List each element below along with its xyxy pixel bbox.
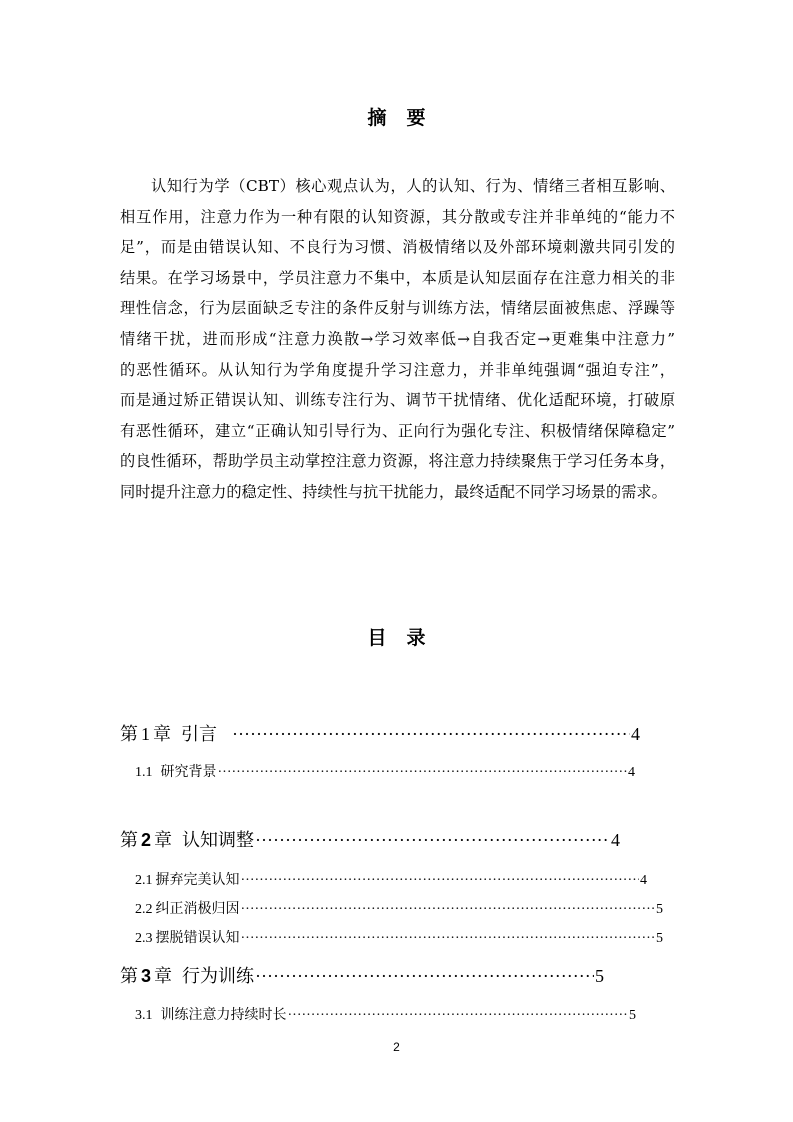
chapter-suffix: 章 xyxy=(153,724,171,745)
section-title: 摆脱错误认知 xyxy=(156,930,240,946)
chapter-number: 2 xyxy=(138,830,154,850)
toc-entry-label: 2.2纠正消极归因 xyxy=(135,899,240,920)
toc-entry-section-3-1[interactable]: 3.1训练注意力持续时长 ···························… xyxy=(135,1005,636,1025)
toc-heading-char-2: 录 xyxy=(407,627,426,649)
toc-entry-section-2-1[interactable]: 2.1摒弃完美认知 ······························… xyxy=(135,870,647,890)
toc-entry-label: 3.1训练注意力持续时长 xyxy=(135,1005,287,1026)
section-number: 2.1 xyxy=(135,873,153,888)
chapter-prefix: 第 xyxy=(120,830,138,851)
toc-dot-leader: ········································… xyxy=(255,828,610,852)
toc-dot-leader: ········································… xyxy=(255,964,594,988)
section-title: 摒弃完美认知 xyxy=(156,872,240,888)
toc-entry-label: 2.3摆脱错误认知 xyxy=(135,928,240,949)
toc-page-number: 4 xyxy=(640,871,647,891)
toc-page-number: 5 xyxy=(656,900,663,920)
toc-page-number: 5 xyxy=(656,929,663,949)
abstract-line: 认知行为学（CBT）核心观点认为，人的认知、行为、情绪三者相互影响、 xyxy=(120,171,675,202)
abstract-line: 相互作用，注意力作为一种有限的认知资源，其分散或专注并非单纯的“能力不 xyxy=(120,202,675,233)
section-number: 3.1 xyxy=(135,1008,153,1023)
section-number: 2.2 xyxy=(135,902,153,917)
toc-dot-leader: ········································… xyxy=(218,763,628,783)
section-title: 研究背景 xyxy=(161,764,217,780)
abstract-line: 同时提升注意力的稳定性、持续性与抗干扰能力，最终适配不同学习场景的需求。 xyxy=(120,477,675,508)
toc-entry-chapter-3[interactable]: 第3章行为训练 ································… xyxy=(120,964,604,988)
toc-dot-leader: ········································… xyxy=(241,871,640,891)
chapter-number: 3 xyxy=(138,966,154,986)
toc-entry-section-2-3[interactable]: 2.3摆脱错误认知 ······························… xyxy=(135,928,663,948)
abstract-line: 的良性循环，帮助学员主动掌控注意力资源，将注意力持续聚焦于学习任务本身， xyxy=(120,446,675,477)
abstract-body: 认知行为学（CBT）核心观点认为，人的认知、行为、情绪三者相互影响、 相互作用，… xyxy=(120,171,675,508)
toc-dot-leader: ········································… xyxy=(241,929,656,949)
chapter-title: 引言 xyxy=(181,724,217,745)
document-page: 摘要 认知行为学（CBT）核心观点认为，人的认知、行为、情绪三者相互影响、 相互… xyxy=(0,0,793,1122)
toc-dot-leader: ········································… xyxy=(288,1006,629,1026)
chapter-number: 1 xyxy=(138,724,153,744)
section-number: 1.1 xyxy=(135,765,153,780)
toc-page-number: 5 xyxy=(629,1006,636,1026)
abstract-heading-char-2: 要 xyxy=(407,107,426,129)
section-number: 2.3 xyxy=(135,931,153,946)
abstract-line: 足”，而是由错误认知、不良行为习惯、消极情绪以及外部环境刺激共同引发的 xyxy=(120,232,675,263)
toc-heading: 目录 xyxy=(0,626,793,650)
toc-page-number: 4 xyxy=(611,828,620,852)
toc-page-number: 5 xyxy=(595,964,604,988)
chapter-title: 认知调整 xyxy=(182,830,254,851)
chapter-prefix: 第 xyxy=(120,724,138,745)
toc-entry-label: 第2章认知调整 xyxy=(120,828,254,853)
toc-dot-leader: ········································… xyxy=(232,722,630,746)
abstract-line: 结果。在学习场景中，学员注意力不集中，本质是认知层面存在注意力相关的非 xyxy=(120,263,675,294)
toc-dot-leader: ········································… xyxy=(241,900,656,920)
abstract-line: 有恶性循环，建立“正确认知引导行为、正向行为强化专注、积极情绪保障稳定” xyxy=(120,416,675,447)
toc-entry-label: 1.1研究背景 xyxy=(135,762,217,783)
toc-entry-label: 2.1摒弃完美认知 xyxy=(135,870,240,891)
toc-heading-char-1: 目 xyxy=(367,627,386,649)
toc-page-number: 4 xyxy=(628,763,635,783)
chapter-suffix: 章 xyxy=(154,966,172,987)
page-number: 2 xyxy=(0,1040,793,1054)
section-title: 训练注意力持续时长 xyxy=(161,1007,287,1023)
abstract-line: 理性信念，行为层面缺乏专注的条件反射与训练方法，情绪层面被焦虑、浮躁等 xyxy=(120,293,675,324)
section-title: 纠正消极归因 xyxy=(156,901,240,917)
toc-page-number: 4 xyxy=(631,722,640,746)
toc-entry-section-2-2[interactable]: 2.2纠正消极归因 ······························… xyxy=(135,899,663,919)
abstract-heading-char-1: 摘 xyxy=(367,107,386,129)
toc-entry-label: 第1章引言 xyxy=(120,722,231,747)
toc-entry-chapter-1[interactable]: 第1章引言 ··································… xyxy=(120,722,640,746)
abstract-line: 情绪干扰，进而形成“注意力涣散→学习效率低→自我否定→更难集中注意力” xyxy=(120,324,675,355)
toc-entry-section-1-1[interactable]: 1.1研究背景 ································… xyxy=(135,762,635,782)
chapter-suffix: 章 xyxy=(154,830,172,851)
abstract-line: 的恶性循环。从认知行为学角度提升学习注意力，并非单纯强调“强迫专注”， xyxy=(120,355,675,386)
toc-entry-label: 第3章行为训练 xyxy=(120,964,254,989)
toc-entry-chapter-2[interactable]: 第2章认知调整 ································… xyxy=(120,828,620,852)
abstract-heading: 摘要 xyxy=(0,106,793,130)
abstract-line: 而是通过矫正错误认知、训练专注行为、调节干扰情绪、优化适配环境，打破原 xyxy=(120,385,675,416)
chapter-prefix: 第 xyxy=(120,966,138,987)
chapter-title: 行为训练 xyxy=(182,966,254,987)
